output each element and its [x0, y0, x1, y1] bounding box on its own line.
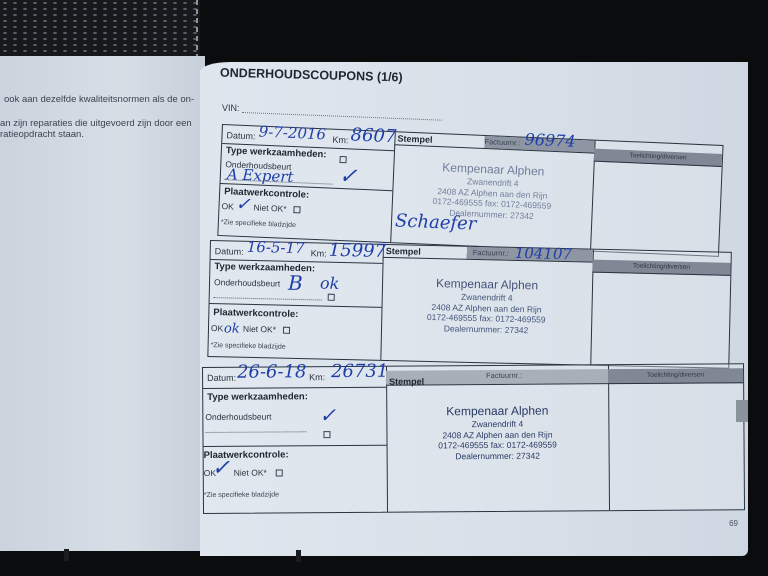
- niet-ok-checkbox[interactable]: [276, 469, 283, 476]
- service-coupon-2: Datum: 16-5-17 Km: 15997 Type werkzaamhe…: [207, 240, 732, 369]
- km-label: Km:: [309, 372, 325, 382]
- signature: Schaefer: [395, 210, 477, 234]
- toelichting-header: Toelichting/diversen: [608, 368, 743, 384]
- dotted-line: [214, 297, 322, 300]
- checkbox[interactable]: [323, 431, 330, 438]
- km-value: 26731: [331, 361, 388, 382]
- dealer-name: Kempenaar Alphen: [386, 403, 608, 420]
- bookmark-ribbon: [296, 550, 301, 562]
- coupon-details: Datum: 16-5-17 Km: 15997 Type werkzaamhe…: [208, 241, 384, 360]
- plaatwerk-ok-mark: ✓: [235, 194, 251, 216]
- km-value: 8607: [350, 124, 397, 147]
- left-page-text-line: ook aan dezelfde kwaliteitsnormen als de…: [4, 94, 194, 105]
- datum-value: 26-6-18: [237, 361, 307, 382]
- datum-label: Datum:: [215, 246, 244, 257]
- toelichting-header: Toelichting/diversen: [594, 149, 722, 167]
- zie-note: *Zie specifieke bladzijde: [211, 342, 286, 351]
- factuurnr-label: Factuurnr.:: [484, 137, 520, 147]
- km-label: Km:: [311, 248, 327, 258]
- separator: [204, 445, 387, 447]
- km-label: Km:: [332, 135, 348, 146]
- dealer-number: Dealernummer: 27342: [387, 450, 609, 462]
- ok-label: OK: [211, 323, 224, 333]
- service-check: ✓: [319, 403, 336, 427]
- coupon-details: Datum: 9-7-2016 Km: 8607 Type werkzaamhe…: [218, 125, 395, 242]
- onderhoudsbeurt-label: Onderhoudsbeurt: [214, 277, 280, 288]
- stamp-header: Stempel Factuurnr.: 96974: [394, 132, 594, 153]
- niet-ok-label: Niet OK*: [253, 202, 286, 213]
- type-werkzaamheden-label: Type werkzaamheden:: [207, 391, 308, 403]
- vin-field: [242, 112, 442, 121]
- factuurnr-value: 96974: [524, 130, 576, 151]
- zie-note: *Zie specifieke bladzijde: [221, 219, 296, 229]
- service-check: ok: [320, 274, 340, 293]
- datum-row: Datum: 16-5-17 Km: 15997: [211, 241, 383, 264]
- page-title: ONDERHOUDSCOUPONS (1/6): [220, 66, 403, 85]
- datum-value: 9-7-2016: [258, 123, 326, 144]
- ok-label: OK: [221, 201, 234, 212]
- notes-area: Toelichting/diversen: [608, 364, 744, 510]
- checkbox[interactable]: [328, 294, 335, 301]
- plaatwerkcontrole-label: Plaatwerkcontrole:: [213, 307, 298, 320]
- km-value: 15997: [329, 240, 387, 262]
- datum-value: 16-5-17: [247, 238, 305, 257]
- stamp-area: Stempel Factuurnr.: 96974 Kempenaar Alph…: [390, 132, 595, 250]
- bookmark-ribbon: [64, 549, 69, 561]
- plaatwerk-ok-mark: ok: [224, 321, 240, 336]
- zie-note: *Zie specifieke bladzijde: [204, 491, 279, 499]
- left-page-text-line: ratieopdracht staan.: [0, 129, 84, 140]
- stamp-header: Stempel Factuurnr.: 104107: [383, 245, 593, 263]
- stamp-area: Stempel Factuurnr.: 104107 Kempenaar Alp…: [380, 245, 594, 365]
- service-coupon-3: Datum: 26-6-18 Km: 26731 Type werkzaamhe…: [202, 363, 745, 514]
- coupon-details: Datum: 26-6-18 Km: 26731 Type werkzaamhe…: [203, 367, 388, 513]
- left-page-text-line: an zijn reparaties die uitgevoerd zijn d…: [0, 118, 192, 129]
- factuurnr-value: 104107: [515, 244, 573, 263]
- page-number: 69: [729, 519, 738, 528]
- service-note: B: [288, 271, 303, 295]
- plaatwerk-ok-mark: ✓: [212, 456, 231, 481]
- dealer-stamp: Kempenaar Alphen Zwanendrift 4 2408 AZ A…: [381, 275, 592, 337]
- datum-label: Datum:: [207, 373, 236, 383]
- onderhoudsbeurt-label: Onderhoudsbeurt: [205, 412, 271, 422]
- service-check: ✓: [338, 164, 357, 190]
- left-page: ook aan dezelfde kwaliteitsnormen als de…: [0, 56, 205, 551]
- vin-label: VIN:: [222, 103, 240, 113]
- toelichting-header: Toelichting/diversen: [592, 260, 730, 276]
- notes-area: Toelichting/diversen: [590, 250, 731, 368]
- niet-ok-checkbox[interactable]: [283, 327, 290, 334]
- stempel-label: Stempel: [397, 133, 432, 144]
- niet-ok-label: Niet OK*: [234, 468, 267, 478]
- stamp-header: Stempel Factuurnr.:: [386, 369, 608, 386]
- niet-ok-checkbox[interactable]: [293, 206, 300, 213]
- factuurnr-label: Factuurnr.:: [486, 371, 522, 380]
- factuurnr-label: Factuurnr.:: [473, 248, 509, 258]
- notes-area: Toelichting/diversen: [590, 141, 722, 256]
- right-page: ONDERHOUDSCOUPONS (1/6) VIN: Datum: 9-7-…: [200, 62, 748, 556]
- datum-row: Datum: 26-6-18 Km: 26731: [203, 367, 386, 389]
- checkbox[interactable]: [339, 156, 346, 163]
- datum-label: Datum:: [226, 130, 255, 141]
- stamp-area: Stempel Factuurnr.: Kempenaar Alphen Zwa…: [386, 365, 610, 512]
- dotted-line: [205, 431, 306, 433]
- dealer-stamp: Kempenaar Alphen Zwanendrift 4 2408 AZ A…: [386, 403, 608, 462]
- section-tab-marker: [736, 400, 748, 422]
- niet-ok-label: Niet OK*: [243, 324, 276, 335]
- service-coupon-1: Datum: 9-7-2016 Km: 8607 Type werkzaamhe…: [217, 124, 723, 257]
- stempel-label: Stempel: [386, 246, 421, 257]
- stempel-label: Stempel: [389, 376, 424, 386]
